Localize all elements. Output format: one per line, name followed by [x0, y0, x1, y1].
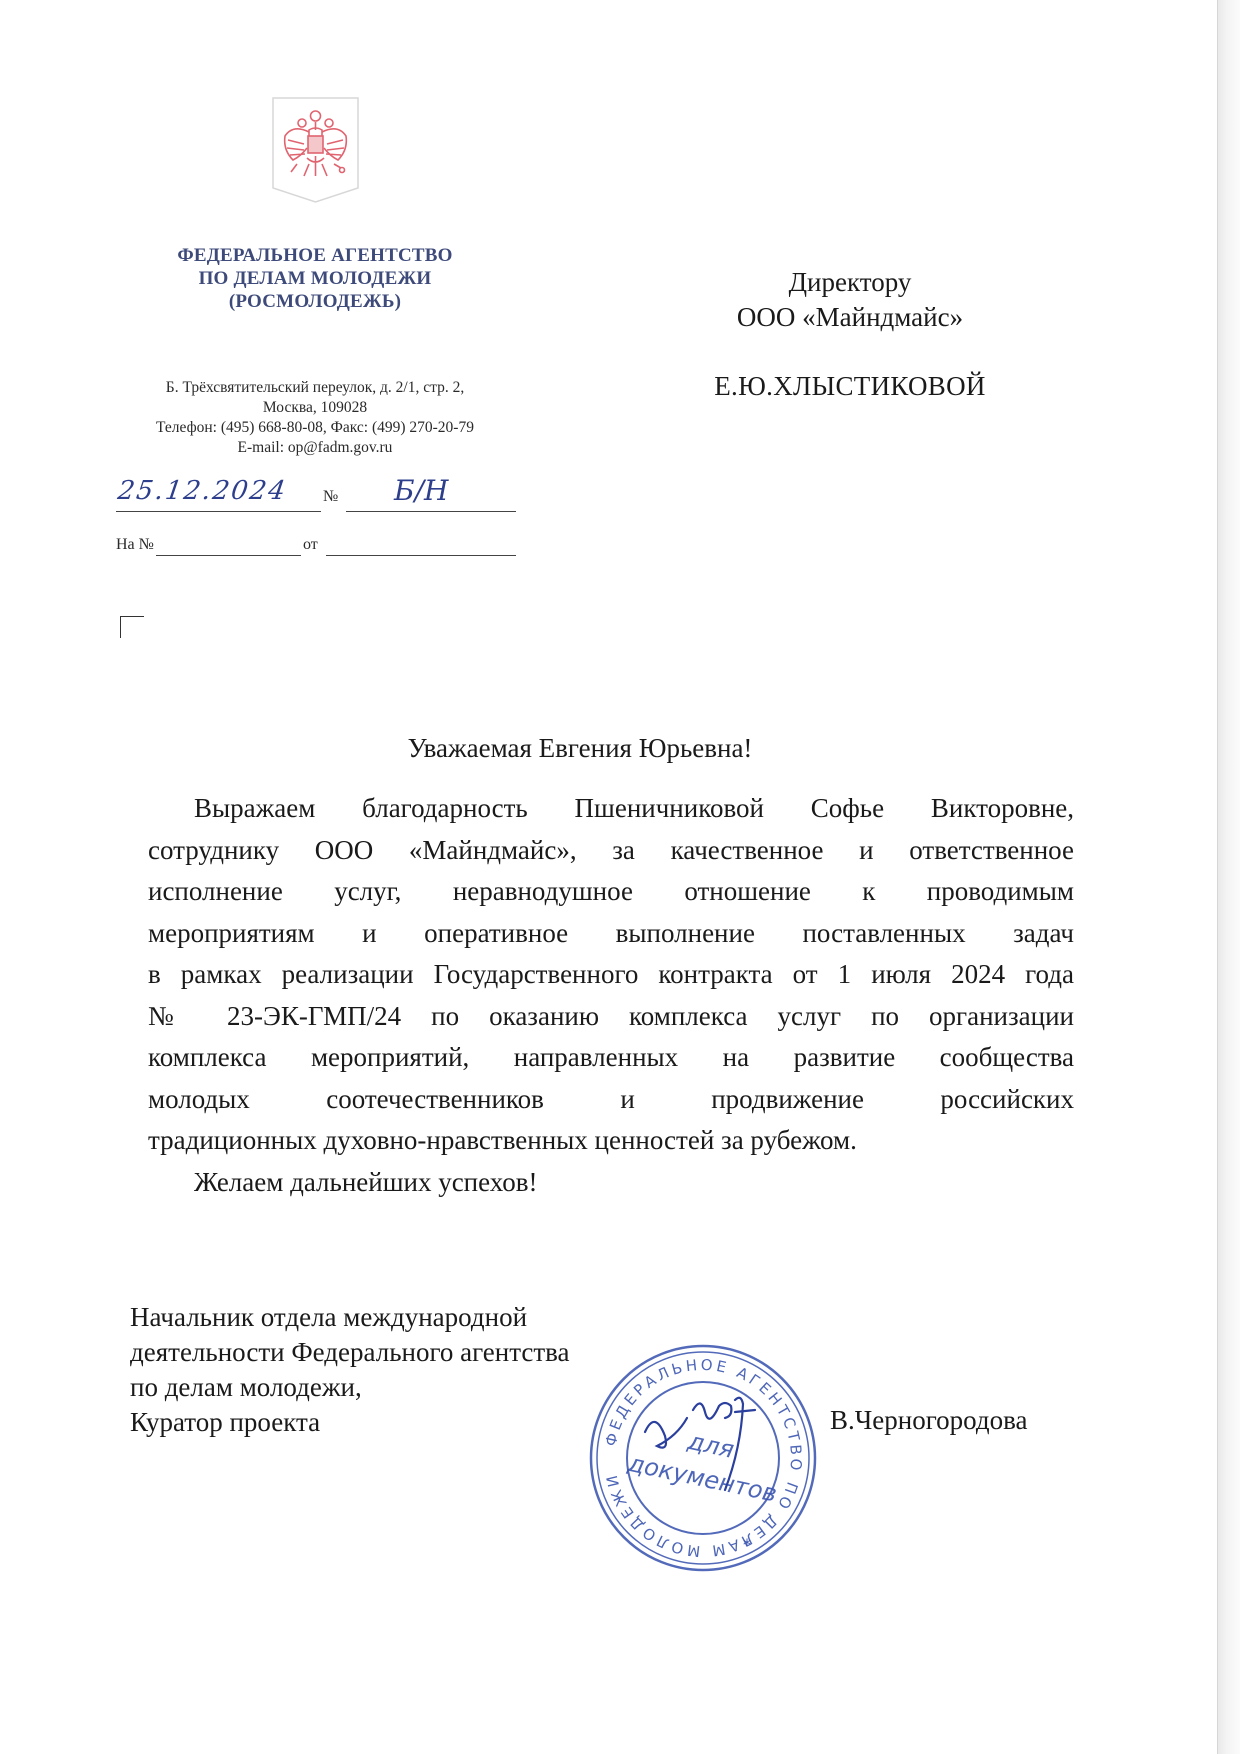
- agency-address: Б. Трёхсвятительский переулок, д. 2/1, с…: [110, 378, 520, 458]
- body-line: исполнение услуг, неравнодушное отношени…: [148, 871, 1074, 913]
- handwritten-number: Б/Н: [394, 474, 448, 507]
- agency-line: (РОСМОЛОДЕЖЬ): [120, 290, 510, 313]
- agency-line: ПО ДЕЛАМ МОЛОДЕЖИ: [120, 267, 510, 290]
- body-line: в рамках реализации Государственного кон…: [148, 954, 1074, 996]
- letter-body: Выражаем благодарность Пшеничниковой Соф…: [148, 788, 1074, 1203]
- registration-date-field: 25.12.2024: [116, 478, 321, 512]
- agency-name: ФЕДЕРАЛЬНОЕ АГЕНТСТВО ПО ДЕЛАМ МОЛОДЕЖИ …: [120, 244, 510, 313]
- registration-number-field: Б/Н: [346, 478, 516, 512]
- number-label: №: [323, 488, 338, 506]
- registration-line: 25.12.2024 № Б/Н: [116, 478, 516, 514]
- reference-from-label: от: [303, 536, 318, 554]
- body-line: мероприятиям и оперативное выполнение по…: [148, 913, 1074, 955]
- svg-text:*: *: [743, 1535, 751, 1554]
- body-line: комплекса мероприятий, направленных на р…: [148, 1037, 1074, 1079]
- signer-name: В.Черногородова: [830, 1405, 1027, 1436]
- body-line: традиционных духовно-нравственных ценнос…: [148, 1120, 1074, 1162]
- addressee-block: Директору ООО «Майндмайс» Е.Ю.ХЛЫСТИКОВО…: [680, 265, 1020, 404]
- handwritten-date: 25.12.2024: [116, 476, 289, 506]
- reference-from-field: [326, 532, 516, 556]
- body-line: сотруднику ООО «Майндмайс», за качествен…: [148, 830, 1074, 872]
- phone-line: Телефон: (495) 668-80-08, Факс: (499) 27…: [110, 418, 520, 438]
- reference-number-label: На №: [116, 536, 154, 554]
- email-line: E-mail: op@fadm.gov.ru: [110, 438, 520, 458]
- addressee-company: ООО «Майндмайс»: [680, 300, 1020, 335]
- address-line: Москва, 109028: [110, 398, 520, 418]
- official-stamp-icon: ФЕДЕРАЛЬНОЕ АГЕНТСТВО ПО ДЕЛАМ МОЛОДЕЖИ …: [585, 1340, 821, 1576]
- stamp-center-top: для: [684, 1427, 736, 1464]
- addressee-position: Директору: [680, 265, 1020, 300]
- reference-line: На № от: [116, 532, 516, 560]
- coat-of-arms-icon: [271, 96, 360, 204]
- body-line: № 23-ЭК-ГМП/24 по оказанию комплекса усл…: [148, 996, 1074, 1038]
- reference-number-field: [156, 532, 301, 556]
- body-line: молодых соотечественников и продвижение …: [148, 1079, 1074, 1121]
- salutation: Уважаемая Евгения Юрьевна!: [0, 733, 1160, 764]
- closing-wish: Желаем дальнейших успехов!: [148, 1162, 1074, 1204]
- corner-bracket-mark: [120, 616, 144, 638]
- signer-title-line: Начальник отдела международной: [130, 1300, 690, 1335]
- body-line: Выражаем благодарность Пшеничниковой Соф…: [148, 788, 1074, 830]
- agency-line: ФЕДЕРАЛЬНОЕ АГЕНТСТВО: [120, 244, 510, 267]
- address-line: Б. Трёхсвятительский переулок, д. 2/1, с…: [110, 378, 520, 398]
- addressee-name: Е.Ю.ХЛЫСТИКОВОЙ: [680, 369, 1020, 404]
- scan-page-edge: [1218, 0, 1240, 1754]
